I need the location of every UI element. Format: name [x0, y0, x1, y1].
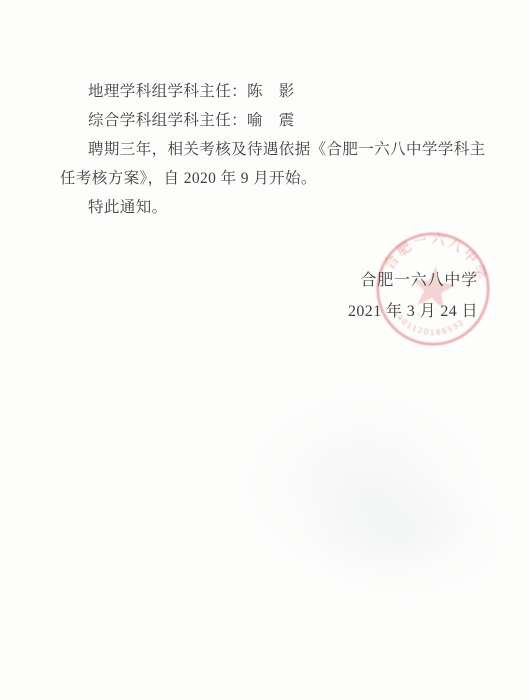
signature-date: 2021 年 3 月 24 日: [348, 302, 478, 322]
body-line-term-2: 任考核方案》，自 2020 年 9 月开始。: [60, 164, 478, 193]
document-page: 地理学科组学科主任：陈 影 综合学科组学科主任：喻 震 聘期三年，相关考核及待遇…: [0, 0, 530, 700]
signature-block: 合肥一六八中学 2021 年 3 月 24 日: [348, 270, 478, 322]
paper-bleed-noise: [240, 390, 490, 580]
body-line-appointment-geography: 地理学科组学科主任：陈 影: [60, 77, 478, 106]
signature-organization: 合肥一六八中学: [348, 270, 478, 292]
body-line-term-1: 聘期三年，相关考核及待遇依据《合肥一六八中学学科主: [60, 135, 478, 164]
body-line-closing: 特此通知。: [60, 193, 478, 222]
paper-bleed-noise: [300, 470, 510, 600]
notice-body: 地理学科组学科主任：陈 影 综合学科组学科主任：喻 震 聘期三年，相关考核及待遇…: [60, 77, 478, 222]
body-line-appointment-comprehensive: 综合学科组学科主任：喻 震: [60, 106, 478, 135]
